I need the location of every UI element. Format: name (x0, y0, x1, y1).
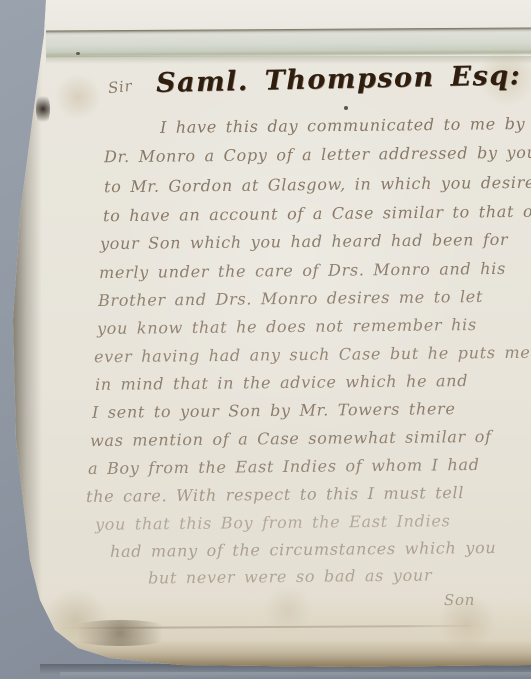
paper-stain (56, 72, 100, 122)
torn-edge-blotch (36, 92, 50, 126)
letter-line: Brother and Drs. Monro desires me to let (98, 287, 483, 310)
paper-stain (44, 588, 108, 652)
ink-speck (344, 106, 348, 110)
scanned-letter: Sir Saml. Thompson Esq: I have this day … (0, 0, 531, 679)
letter-line: a Boy from the East Indies of whom I had (88, 455, 480, 478)
binding-edge-shadow (8, 60, 42, 640)
letter-line: but never were so bad as your (148, 566, 432, 588)
page-fold-crease (46, 28, 531, 58)
letter-line: you know that he does not remember his (97, 315, 477, 338)
letter-line: you that this Boy from the East Indies (95, 511, 451, 534)
letter-line: merly under the care of Drs. Monro and h… (99, 259, 506, 282)
letter-line: Dr. Monro a Copy of a letter addressed b… (104, 143, 531, 167)
letter-line: ever having had any such Case but he put… (94, 343, 531, 367)
letter-line: in mind that in the advice which he and (95, 371, 468, 394)
letter-line: to Mr. Gordon at Glasgow, in which you d… (104, 173, 531, 197)
catchword: Son (444, 591, 475, 609)
letter-line: I have this day communicated to me by (160, 114, 526, 137)
letter-line: the care. With respect to this I must te… (86, 483, 464, 506)
paper-stain (262, 586, 314, 634)
letter-page: Sir Saml. Thompson Esq: I have this day … (0, 0, 531, 679)
backing-glow (60, 672, 531, 678)
letter-line: had many of the circumstances which you (110, 538, 497, 561)
letter-line: your Son which you had heard had been fo… (100, 230, 509, 253)
letter-line: I sent to your Son by Mr. Towers there (92, 399, 456, 422)
salutation: Sir (107, 77, 133, 97)
ink-speck (76, 52, 80, 55)
letter-line: was mention of a Case somewhat similar o… (90, 427, 492, 450)
letter-line: to have an account of a Case similar to … (103, 202, 531, 226)
addressee-heading: Saml. Thompson Esq: (156, 60, 522, 99)
